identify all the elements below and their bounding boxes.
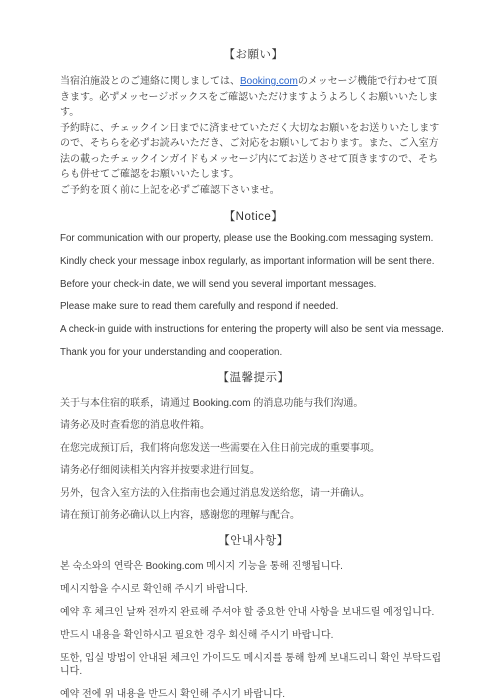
korean-paragraphs: 본 숙소와의 연락은 Booking.com 메시지 기능을 통해 진행됩니다.…: [60, 560, 447, 700]
chinese-paragraphs: 关于与本住宿的联系，请通过 Booking.com 的消息功能与我们沟通。 请务…: [60, 397, 447, 523]
japanese-closing-paragraph: ご予約を頂く前に上記を必ずご確認下さいませ。: [60, 183, 447, 199]
section-english: 【Notice】 For communication with our prop…: [60, 208, 447, 359]
english-line: Before your check-in date, we will send …: [60, 278, 447, 291]
chinese-line: 请务必及时查看您的消息收件箱。: [60, 419, 447, 432]
english-line: Thank you for your understanding and coo…: [60, 346, 447, 359]
korean-line: 본 숙소와의 연락은 Booking.com 메시지 기능을 통해 진행됩니다.: [60, 560, 447, 573]
section-japanese: 【お願い】 当宿泊施設とのご連絡に関しましては、Booking.comのメッセー…: [60, 46, 447, 198]
section-chinese: 【温馨提示】 关于与本住宿的联系，请通过 Booking.com 的消息功能与我…: [60, 369, 447, 523]
japanese-body-paragraph: 予約時に、チェックイン日までに済ませていただく大切なお願いをお送りいたしますので…: [60, 121, 447, 183]
japanese-intro-paragraph: 当宿泊施設とのご連絡に関しましては、Booking.comのメッセージ機能で行わ…: [60, 74, 447, 121]
section-title-korean: 【안내사항】: [60, 532, 447, 548]
chinese-line: 请在预订前务必确认以上内容，感谢您的理解与配合。: [60, 509, 447, 522]
chinese-line: 关于与本住宿的联系，请通过 Booking.com 的消息功能与我们沟通。: [60, 397, 447, 410]
english-line: A check-in guide with instructions for e…: [60, 323, 447, 336]
chinese-line: 另外，包含入室方法的入住指南也会通过消息发送给您，请一并确认。: [60, 487, 447, 500]
korean-line: 예약 전에 위 내용을 반드시 확인해 주시기 바랍니다.: [60, 688, 447, 700]
korean-line: 또한, 입실 방법이 안내된 체크인 가이드도 메시지를 통해 함께 보내드리니…: [60, 652, 447, 678]
section-title-chinese: 【温馨提示】: [60, 369, 447, 385]
english-line: Kindly check your message inbox regularl…: [60, 255, 447, 268]
section-title-japanese: 【お願い】: [60, 46, 447, 62]
japanese-intro-before-link: 当宿泊施設とのご連絡に関しましては、: [60, 76, 240, 87]
section-korean: 【안내사항】 본 숙소와의 연락은 Booking.com 메시지 기능을 통해…: [60, 532, 447, 700]
japanese-paragraphs: 当宿泊施設とのご連絡に関しましては、Booking.comのメッセージ機能で行わ…: [60, 74, 447, 198]
english-paragraphs: For communication with our property, ple…: [60, 232, 447, 359]
english-line: For communication with our property, ple…: [60, 232, 447, 245]
notice-document: 【お願い】 当宿泊施設とのご連絡に関しましては、Booking.comのメッセー…: [0, 0, 495, 700]
chinese-line: 请务必仔细阅读相关内容并按要求进行回复。: [60, 464, 447, 477]
korean-line: 예약 후 체크인 날짜 전까지 완료해 주셔야 할 중요한 안내 사항을 보내드…: [60, 606, 447, 619]
korean-line: 메시지함을 수시로 확인해 주시기 바랍니다.: [60, 583, 447, 596]
chinese-line: 在您完成预订后，我们将向您发送一些需要在入住日前完成的重要事项。: [60, 442, 447, 455]
section-title-english: 【Notice】: [60, 208, 447, 224]
booking-com-link[interactable]: Booking.com: [240, 76, 298, 87]
korean-line: 반드시 내용을 확인하시고 필요한 경우 회신해 주시기 바랍니다.: [60, 629, 447, 642]
english-line: Please make sure to read them carefully …: [60, 300, 447, 313]
